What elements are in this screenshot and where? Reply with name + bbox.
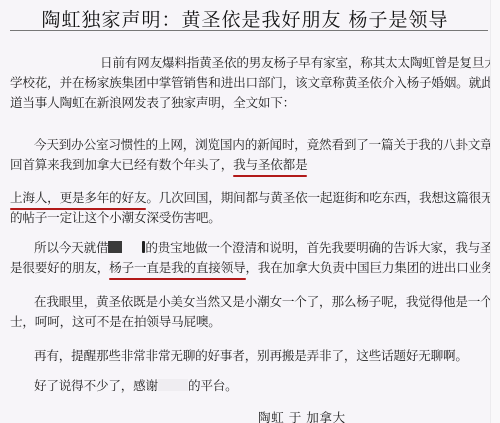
p2-line-1: 所以今天就借的贵宝地做一个澄清和说明，首先我要明确的告诉大家，我与圣依 — [34, 237, 500, 256]
p1-line-3: 上海人，更是多年的好友。几次回国，期间都与黄圣依一起逛街和吃东西，我想这篇很无聊 — [10, 187, 500, 206]
p1-line-3-text: 。几次回国，期间都与黄圣依一起逛街和吃东西，我想这篇很无聊 — [146, 190, 500, 205]
intro-line-1: 日前有网友爆料指黄圣依的男友杨子早有家室，称其太太陶虹曾是复旦大 — [100, 52, 497, 71]
p3-line-1: 在我眼里，黄圣依既是小美女当然又是小潮女一个了，那么杨子呢，我觉得他是一个绅 — [34, 291, 500, 310]
p2-line-2-b: ，我在加拿大负责中国巨力集团的进出口业务。 — [246, 260, 500, 275]
blurred-redaction — [158, 379, 188, 391]
document-title: 陶虹独家声明：黄圣依是我好朋友 杨子是领导 — [0, 5, 490, 32]
p2-line-2-a: 是很要好的朋友， — [10, 260, 109, 275]
p5-line-1: 好了说得不少了，感谢的平台。 — [34, 375, 238, 394]
signature: 陶虹 于 加拿大 — [258, 407, 346, 423]
p4-line-1: 再有，提醒那些非常非常无聊的好事者，别再搬是弄非了，这些话题好无聊啊。 — [34, 345, 468, 364]
intro-line-3: 道当事人陶虹在新浪网发表了独家声明，全文如下： — [10, 92, 295, 111]
p3-line-2: 士，呵呵，这可不是在拍领导马屁噢。 — [10, 311, 221, 330]
redaction-block — [108, 241, 122, 253]
page-edge — [490, 0, 500, 423]
highlight-underline-1: 我与圣依都是 — [233, 157, 307, 172]
p1-line-4: 的帖子一定让这个小潮女深受伤害吧。 — [10, 207, 221, 226]
p1-line-2-text: 回首算来我到加拿大已经有数个年头了， — [10, 157, 233, 172]
p1-line-2: 回首算来我到加拿大已经有数个年头了，我与圣依都是 — [10, 154, 307, 173]
intro-line-2: 学校花，并在杨家族集团中掌管销售和进出口部门，该文章称黄圣依介入杨子婚姻。就此报 — [10, 72, 500, 91]
p2-line-2: 是很要好的朋友，杨子一直是我的直接领导，我在加拿大负责中国巨力集团的进出口业务。 — [10, 257, 500, 276]
p2-line-1-a: 所以今天就借 — [34, 240, 108, 255]
document-page: 陶虹独家声明：黄圣依是我好朋友 杨子是领导 日前有网友爆料指黄圣依的男友杨子早有… — [0, 0, 490, 423]
p5-line-1-b: 的平台。 — [188, 378, 238, 393]
highlight-underline-3: 杨子一直是我的直接领导 — [109, 260, 245, 275]
p2-line-1-b: 的贵宝地做一个澄清和说明，首先我要明确的告诉大家，我与圣依 — [145, 240, 500, 255]
title-divider — [10, 30, 488, 31]
p1-line-1: 今天到办公室习惯性的上网，浏览国内的新闻时，竟然看到了一篇关于我的八卦文章， — [34, 134, 500, 153]
highlight-underline-2: 上海人，更是多年的好友 — [10, 190, 146, 205]
p5-line-1-a: 好了说得不少了，感谢 — [34, 378, 158, 393]
